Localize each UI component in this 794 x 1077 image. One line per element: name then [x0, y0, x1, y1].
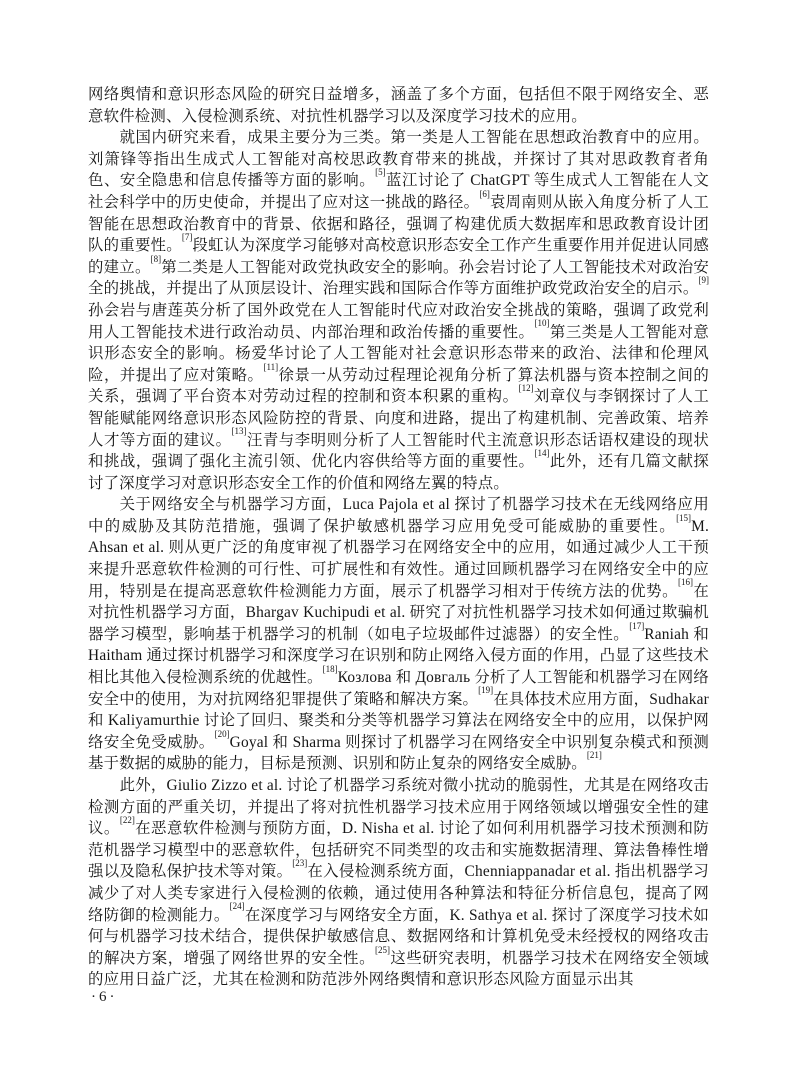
citation-marker: [25]: [375, 945, 390, 955]
citation-marker: [11]: [264, 362, 279, 372]
citation-marker: [16]: [678, 577, 693, 587]
citation-marker: [21]: [587, 750, 602, 760]
citation-marker: [14]: [535, 448, 550, 458]
text-run: 关于网络安全与机器学习方面，Luca Pajola et al 探讨了机器学习技…: [88, 496, 709, 535]
citation-marker: [10]: [535, 318, 550, 328]
citation-marker: [15]: [676, 513, 691, 523]
citation-marker: [22]: [120, 815, 135, 825]
citation-marker: [17]: [629, 621, 644, 631]
citation-marker: [19]: [478, 685, 493, 695]
paragraph: 就国内研究来看，成果主要分为三类。第一类是人工智能在思想政治教育中的应用。刘箫锋…: [88, 127, 709, 494]
citation-marker: [5]: [375, 167, 386, 177]
paragraph: 此外，Giulio Zizzo et al. 讨论了机器学习系统对微小扰动的脆弱…: [88, 775, 709, 991]
citation-marker: [7]: [182, 232, 193, 242]
citation-marker: [8]: [151, 254, 162, 264]
body-text: 网络舆情和意识形态风险的研究日益增多，涵盖了多个方面，包括但不限于网络安全、恶意…: [88, 84, 709, 991]
page-number: ·6·: [91, 989, 118, 1006]
citation-marker: [24]: [230, 901, 245, 911]
citation-marker: [23]: [292, 858, 307, 868]
citation-marker: [9]: [699, 275, 710, 285]
citation-marker: [13]: [232, 426, 247, 436]
citation-marker: [18]: [323, 664, 338, 674]
paragraph: 关于网络安全与机器学习方面，Luca Pajola et al 探讨了机器学习技…: [88, 494, 709, 775]
citation-marker: [12]: [519, 383, 534, 393]
paper-page: 网络舆情和意识形态风险的研究日益增多，涵盖了多个方面，包括但不限于网络安全、恶意…: [0, 0, 794, 1077]
citation-marker: [20]: [215, 729, 230, 739]
citation-marker: [6]: [479, 189, 490, 199]
paragraph: 网络舆情和意识形态风险的研究日益增多，涵盖了多个方面，包括但不限于网络安全、恶意…: [88, 84, 709, 127]
text-run: 网络舆情和意识形态风险的研究日益增多，涵盖了多个方面，包括但不限于网络安全、恶意…: [88, 86, 709, 125]
text-run: 第二类是人工智能对政党执政安全的影响。孙会岩讨论了人工智能技术对政治安全的挑战，…: [88, 259, 709, 298]
